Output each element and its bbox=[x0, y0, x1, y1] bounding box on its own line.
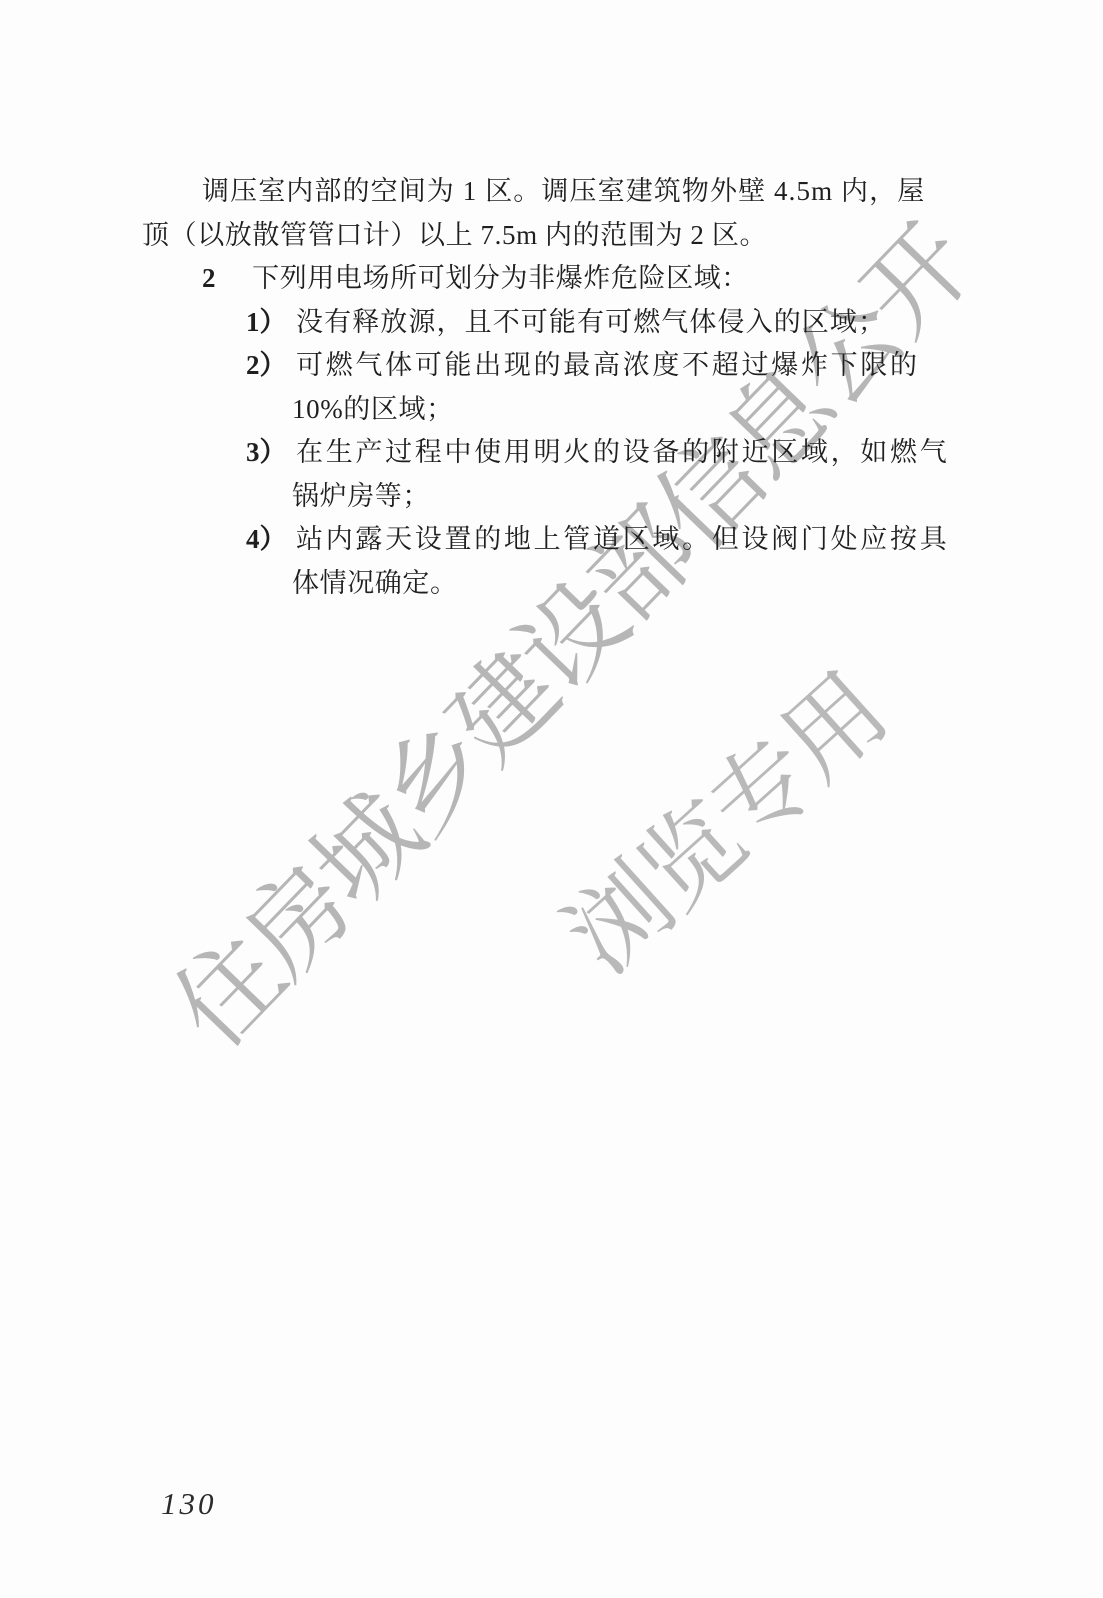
subitem-2-line: 2）可燃气体可能出现的最高浓度不超过爆炸下限的 bbox=[142, 344, 958, 388]
clause-2-line: 2下列用电场所可划分为非爆炸危险区域： bbox=[142, 257, 958, 301]
document-page: 住房城乡建设部信息公开 浏览专用 调压室内部的空间为 1 区。调压室建筑物外壁 … bbox=[0, 0, 1103, 1598]
subitem-2-continuation: 10%的区域； bbox=[142, 388, 958, 432]
page-number: 130 bbox=[161, 1486, 217, 1522]
subitem-2-marker: 2） bbox=[246, 344, 296, 388]
subitem-2-text: 可燃气体可能出现的最高浓度不超过爆炸下限的 bbox=[296, 350, 920, 380]
subitem-3-continuation: 锅炉房等； bbox=[142, 475, 958, 519]
paragraph-line-2: 顶（以放散管管口计）以上 7.5m 内的范围为 2 区。 bbox=[142, 214, 958, 258]
subitem-1-text: 没有释放源，且不可能有可燃气体侵入的区域； bbox=[296, 307, 886, 337]
subitem-4-line: 4）站内露天设置的地上管道区域。但设阀门处应按具 bbox=[142, 518, 958, 562]
subitem-4-continuation: 体情况确定。 bbox=[142, 562, 958, 606]
clause-2-marker: 2 bbox=[202, 263, 216, 293]
paragraph-line-1: 调压室内部的空间为 1 区。调压室建筑物外壁 4.5m 内，屋 bbox=[142, 170, 958, 214]
clause-2-text: 下列用电场所可划分为非爆炸危险区域： bbox=[252, 263, 749, 293]
subitem-1-line: 1）没有释放源，且不可能有可燃气体侵入的区域； bbox=[142, 301, 958, 345]
body-text: 调压室内部的空间为 1 区。调压室建筑物外壁 4.5m 内，屋 顶（以放散管管口… bbox=[142, 170, 958, 605]
subitem-1-marker: 1） bbox=[246, 301, 296, 345]
subitem-4-marker: 4） bbox=[246, 518, 296, 562]
subitem-4-text: 站内露天设置的地上管道区域。但设阀门处应按具 bbox=[296, 524, 949, 554]
subitem-3-line: 3）在生产过程中使用明火的设备的附近区域，如燃气 bbox=[142, 431, 958, 475]
subitem-3-marker: 3） bbox=[246, 431, 296, 475]
subitem-3-text: 在生产过程中使用明火的设备的附近区域，如燃气 bbox=[296, 437, 949, 467]
